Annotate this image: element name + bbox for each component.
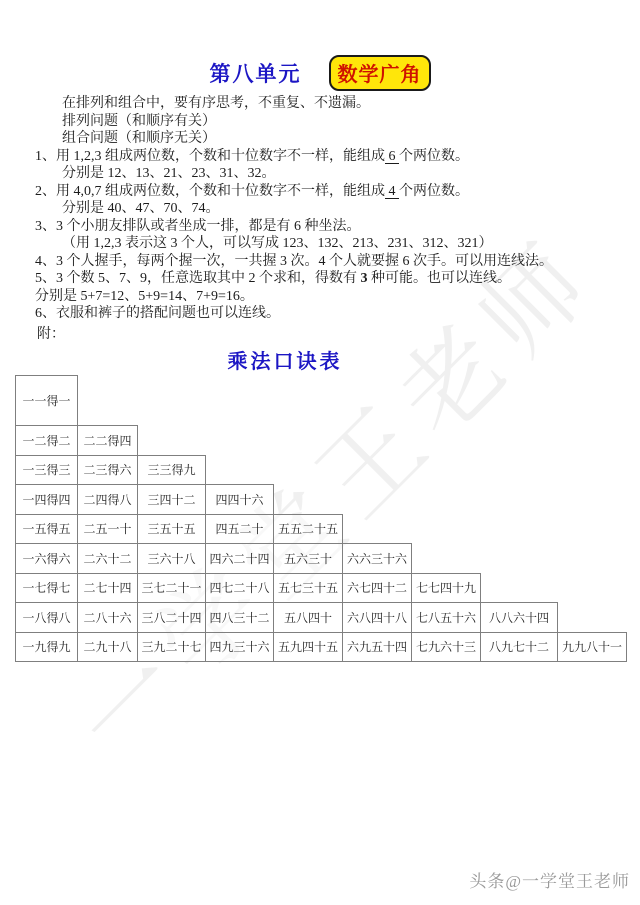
note-text: 分别是 40、47、70、74。 xyxy=(62,201,220,216)
table-row: 一二得二二二得四 xyxy=(16,426,627,456)
note-line: 1、用 1,2,3 组成两位数，个数和十位数字不一样，能组成 6 个两位数。 xyxy=(0,148,640,166)
formula-cell: 四八三十二 xyxy=(206,603,274,633)
formula-cell: 八九七十二 xyxy=(481,632,558,662)
bold-number: 3 xyxy=(361,271,368,286)
formula-cell: 一九得九 xyxy=(16,632,78,662)
underlined-answer: 6 xyxy=(385,149,399,164)
formula-cell: 七八五十六 xyxy=(412,603,481,633)
note-text: 个两位数。 xyxy=(399,184,469,199)
formula-cell: 三三得九 xyxy=(138,455,206,485)
note-text: 6、衣服和裤子的搭配问题也可以连线。 xyxy=(35,306,280,321)
note-text: 在排列和组合中，要有序思考，不重复、不遗漏。 xyxy=(62,96,370,111)
formula-cell: 七七四十九 xyxy=(412,573,481,603)
topic-badge: 数学广角 xyxy=(329,55,431,91)
note-text: 1、用 1,2,3 组成两位数，个数和十位数字不一样，能组成 xyxy=(35,149,385,164)
formula-cell: 二九十八 xyxy=(78,632,138,662)
formula-cell: 二二得四 xyxy=(78,426,138,456)
formula-cell: 四四十六 xyxy=(206,485,274,515)
formula-cell: 六八四十八 xyxy=(343,603,412,633)
formula-cell: 一五得五 xyxy=(16,514,78,544)
formula-cell: 三八二十四 xyxy=(138,603,206,633)
unit-title: 第八单元 xyxy=(210,58,302,88)
formula-cell: 二七十四 xyxy=(78,573,138,603)
formula-cell: 二八十六 xyxy=(78,603,138,633)
note-text: 分别是 12、13、21、23、31、32。 xyxy=(62,166,276,181)
note-line: 4、3 个人握手，每两个握一次，一共握 3 次。4 个人就要握 6 次手。可以用… xyxy=(0,253,640,271)
formula-cell: 五七三十五 xyxy=(274,573,343,603)
note-text: 组合问题（和顺序无关） xyxy=(62,131,216,146)
formula-cell: 一六得六 xyxy=(16,544,78,574)
formula-cell: 三五十五 xyxy=(138,514,206,544)
note-line: 在排列和组合中，要有序思考，不重复、不遗漏。 xyxy=(0,95,640,113)
note-text: 种可能。也可以连线。 xyxy=(368,271,512,286)
note-text: 分别是 5+7=12、5+9=14、7+9=16。 xyxy=(35,289,254,304)
footer-credit: 头条@一学堂王老师 xyxy=(469,867,630,892)
underlined-answer: 4 xyxy=(385,184,399,199)
appendix-label: 附： xyxy=(37,323,65,343)
formula-cell: 三四十二 xyxy=(138,485,206,515)
multiplication-table-grid: 一一得一一二得二二二得四一三得三二三得六三三得九一四得四二四得八三四十二四四十六… xyxy=(15,375,627,662)
formula-cell: 三六十八 xyxy=(138,544,206,574)
table-row: 一三得三二三得六三三得九 xyxy=(16,455,627,485)
note-line: 5、3 个数 5、7、9，任意选取其中 2 个求和，得数有 3 种可能。也可以连… xyxy=(0,270,640,288)
table-row: 一六得六二六十二三六十八四六二十四五六三十六六三十六 xyxy=(16,544,627,574)
note-line: 组合问题（和顺序无关） xyxy=(0,130,640,148)
note-line: 6、衣服和裤子的搭配问题也可以连线。 xyxy=(0,305,640,323)
formula-cell: 一八得八 xyxy=(16,603,78,633)
formula-cell: 六九五十四 xyxy=(343,632,412,662)
formula-cell: 五五二十五 xyxy=(274,514,343,544)
formula-cell: 一三得三 xyxy=(16,455,78,485)
formula-cell: 一四得四 xyxy=(16,485,78,515)
multiplication-table-title: 乘法口诀表 xyxy=(0,345,570,374)
formula-cell: 二五一十 xyxy=(78,514,138,544)
formula-cell: 三九二十七 xyxy=(138,632,206,662)
formula-cell: 四九三十六 xyxy=(206,632,274,662)
formula-cell: 二三得六 xyxy=(78,455,138,485)
note-line: 2、用 4,0,7 组成两位数，个数和十位数字不一样，能组成 4 个两位数。 xyxy=(0,183,640,201)
note-text: 4、3 个人握手，每两个握一次，一共握 3 次。4 个人就要握 6 次手。可以用… xyxy=(35,254,553,269)
notes-section: 在排列和组合中，要有序思考，不重复、不遗漏。排列问题（和顺序有关）组合问题（和顺… xyxy=(0,95,640,323)
table-row: 一四得四二四得八三四十二四四十六 xyxy=(16,485,627,515)
formula-cell: 五八四十 xyxy=(274,603,343,633)
note-line: （用 1,2,3 表示这 3 个人，可以写成 123、132、213、231、3… xyxy=(0,235,640,253)
note-text: 排列问题（和顺序有关） xyxy=(62,114,216,129)
note-text: 3、3 个小朋友排队或者坐成一排，都是有 6 种坐法。 xyxy=(35,219,361,234)
formula-cell: 二六十二 xyxy=(78,544,138,574)
note-text: 2、用 4,0,7 组成两位数，个数和十位数字不一样，能组成 xyxy=(35,184,385,199)
formula-cell: 六六三十六 xyxy=(343,544,412,574)
note-text: 个两位数。 xyxy=(399,149,469,164)
formula-cell: 一一得一 xyxy=(16,376,78,426)
formula-cell: 九九八十一 xyxy=(558,632,627,662)
formula-cell: 一二得二 xyxy=(16,426,78,456)
formula-cell: 三七二十一 xyxy=(138,573,206,603)
formula-cell: 五六三十 xyxy=(274,544,343,574)
table-row: 一七得七二七十四三七二十一四七二十八五七三十五六七四十二七七四十九 xyxy=(16,573,627,603)
formula-cell: 一七得七 xyxy=(16,573,78,603)
note-line: 分别是 12、13、21、23、31、32。 xyxy=(0,165,640,183)
formula-cell: 八八六十四 xyxy=(481,603,558,633)
note-line: 排列问题（和顺序有关） xyxy=(0,113,640,131)
formula-cell: 四五二十 xyxy=(206,514,274,544)
formula-cell: 二四得八 xyxy=(78,485,138,515)
page-header: 第八单元 数学广角 xyxy=(0,55,640,91)
formula-cell: 七九六十三 xyxy=(412,632,481,662)
note-text: 5、3 个数 5、7、9，任意选取其中 2 个求和，得数有 xyxy=(35,271,361,286)
note-line: 分别是 40、47、70、74。 xyxy=(0,200,640,218)
formula-cell: 六七四十二 xyxy=(343,573,412,603)
note-line: 分别是 5+7=12、5+9=14、7+9=16。 xyxy=(0,288,640,306)
note-line: 3、3 个小朋友排队或者坐成一排，都是有 6 种坐法。 xyxy=(0,218,640,236)
formula-cell: 四六二十四 xyxy=(206,544,274,574)
formula-cell: 五九四十五 xyxy=(274,632,343,662)
table-row: 一九得九二九十八三九二十七四九三十六五九四十五六九五十四七九六十三八九七十二九九… xyxy=(16,632,627,662)
formula-cell: 四七二十八 xyxy=(206,573,274,603)
table-row: 一一得一 xyxy=(16,376,627,426)
multiplication-table: 一一得一一二得二二二得四一三得三二三得六三三得九一四得四二四得八三四十二四四十六… xyxy=(15,375,627,662)
table-row: 一八得八二八十六三八二十四四八三十二五八四十六八四十八七八五十六八八六十四 xyxy=(16,603,627,633)
table-row: 一五得五二五一十三五十五四五二十五五二十五 xyxy=(16,514,627,544)
note-text: （用 1,2,3 表示这 3 个人，可以写成 123、132、213、231、3… xyxy=(62,236,493,251)
